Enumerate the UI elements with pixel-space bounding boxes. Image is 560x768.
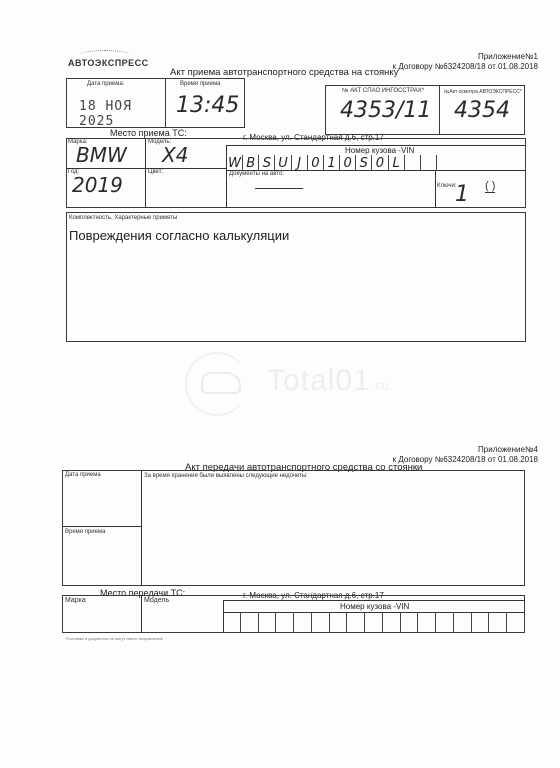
vin-boxes: WBSUJ010S0L	[227, 155, 437, 171]
keys-value: 1	[455, 182, 469, 207]
grid-divider	[145, 138, 146, 208]
watermark-brand: Total01	[267, 364, 371, 397]
release-box	[62, 470, 525, 586]
vin-char-cell	[294, 612, 312, 633]
vin-char-cell	[418, 612, 436, 633]
vin-char-cell	[489, 612, 507, 633]
logo-arc-icon	[80, 50, 130, 59]
docs-dash	[255, 188, 303, 189]
docs-label: Документы на авто:	[229, 171, 284, 177]
watermark-suffix: .ru	[371, 377, 390, 393]
grid-divider	[141, 595, 142, 633]
vin-char-cell	[312, 612, 330, 633]
release-vin-boxes	[223, 612, 525, 633]
watermark-text: Total01.ru	[267, 364, 390, 398]
vin-char-cell	[405, 155, 421, 171]
vin-char-cell: 1	[324, 155, 340, 171]
vin-char-cell	[401, 612, 419, 633]
vin-char-cell	[507, 612, 525, 633]
vin-char-cell	[383, 612, 401, 633]
vin-char-cell	[223, 612, 241, 633]
grid-divider	[435, 170, 436, 208]
vin-char-cell: B	[243, 155, 259, 171]
grid-divider	[223, 600, 525, 601]
car-icon	[201, 372, 241, 394]
vin-char-cell: U	[275, 155, 291, 171]
features-value: Повреждения согласно калькуляции	[69, 228, 289, 243]
contract-ref-1: к Договору №6324208/18 от 01.08.2018	[393, 62, 538, 71]
vin-char-cell: W	[227, 155, 243, 171]
vin-char-cell	[454, 612, 472, 633]
model-value: X4	[162, 143, 188, 167]
place-label: Место приема ТС:	[110, 128, 187, 138]
act-auto-value: 4354	[454, 98, 510, 123]
vin-char-cell	[276, 612, 294, 633]
grid-divider	[62, 526, 142, 527]
release-date-label: Дата приема	[65, 472, 101, 478]
release-model-label: Модель	[144, 597, 169, 604]
brand-value: BMW	[76, 143, 127, 167]
vin-char-cell	[436, 612, 454, 633]
form1-title: Акт приема автотранспортного средства на…	[170, 67, 398, 78]
act-ingos-value: 4353/11	[340, 98, 431, 123]
vin-char-cell	[259, 612, 277, 633]
year-value: 2019	[72, 173, 123, 197]
features-box: Комплектность, Характерные приметы Повре…	[66, 212, 526, 342]
company-logo: АВТОЭКСПРЕСС	[68, 58, 149, 68]
vin-char-cell	[347, 612, 365, 633]
watermark: Total01.ru	[185, 352, 395, 422]
vin-char-cell: S	[259, 155, 275, 171]
time-cell: Время приема 13:45	[165, 78, 245, 128]
release-vin-label: Номер кузова -VIN	[340, 602, 409, 611]
vin-label: Номер кузова -VIN	[345, 146, 414, 155]
time-label: Время приема	[180, 81, 220, 87]
grid-divider	[141, 470, 142, 586]
date-cell: Дата приема: 18 НОЯ 2025	[66, 78, 166, 128]
vin-char-cell: J	[292, 155, 308, 171]
appendix-4: Приложение№4	[478, 445, 538, 454]
color-label: Цвет:	[148, 169, 163, 175]
footnote: *Поставки и документы не могут иметь исп…	[65, 636, 163, 641]
act-auto-label: №Акт осмотра АВТОЭКСПРЕСС*	[444, 89, 522, 95]
vin-char-cell: S	[356, 155, 372, 171]
vin-char-cell: 0	[340, 155, 356, 171]
vin-char-cell	[365, 612, 383, 633]
vin-char-cell	[330, 612, 348, 633]
act-auto-cell: №Акт осмотра АВТОЭКСПРЕСС* 4354	[439, 85, 525, 135]
keys-label: Ключи:	[437, 183, 457, 189]
defects-label: За время хранения были выявлены следующи…	[144, 473, 308, 479]
vin-char-cell: 0	[308, 155, 324, 171]
keys-extra: ( )	[485, 180, 495, 193]
act-ingos-cell: № АКТ СПАО ИНГОССТРАХ* 4353/11	[325, 85, 440, 135]
vin-char-cell: 0	[372, 155, 388, 171]
time-value: 13:45	[176, 93, 239, 118]
date-stamp: 18 НОЯ 2025	[79, 99, 165, 129]
date-label: Дата приема:	[87, 81, 124, 87]
appendix-1: Приложение№1	[478, 52, 538, 61]
grid-divider	[66, 168, 227, 169]
features-label: Комплектность, Характерные приметы	[69, 215, 177, 221]
vin-char-cell: L	[389, 155, 405, 171]
vin-char-cell	[472, 612, 490, 633]
vin-char-cell	[241, 612, 259, 633]
release-brand-label: Марка	[65, 597, 86, 604]
vin-char-cell	[421, 155, 437, 171]
act-ingos-label: № АКТ СПАО ИНГОССТРАХ*	[342, 88, 424, 94]
release-time-label: Время приема	[65, 529, 105, 535]
